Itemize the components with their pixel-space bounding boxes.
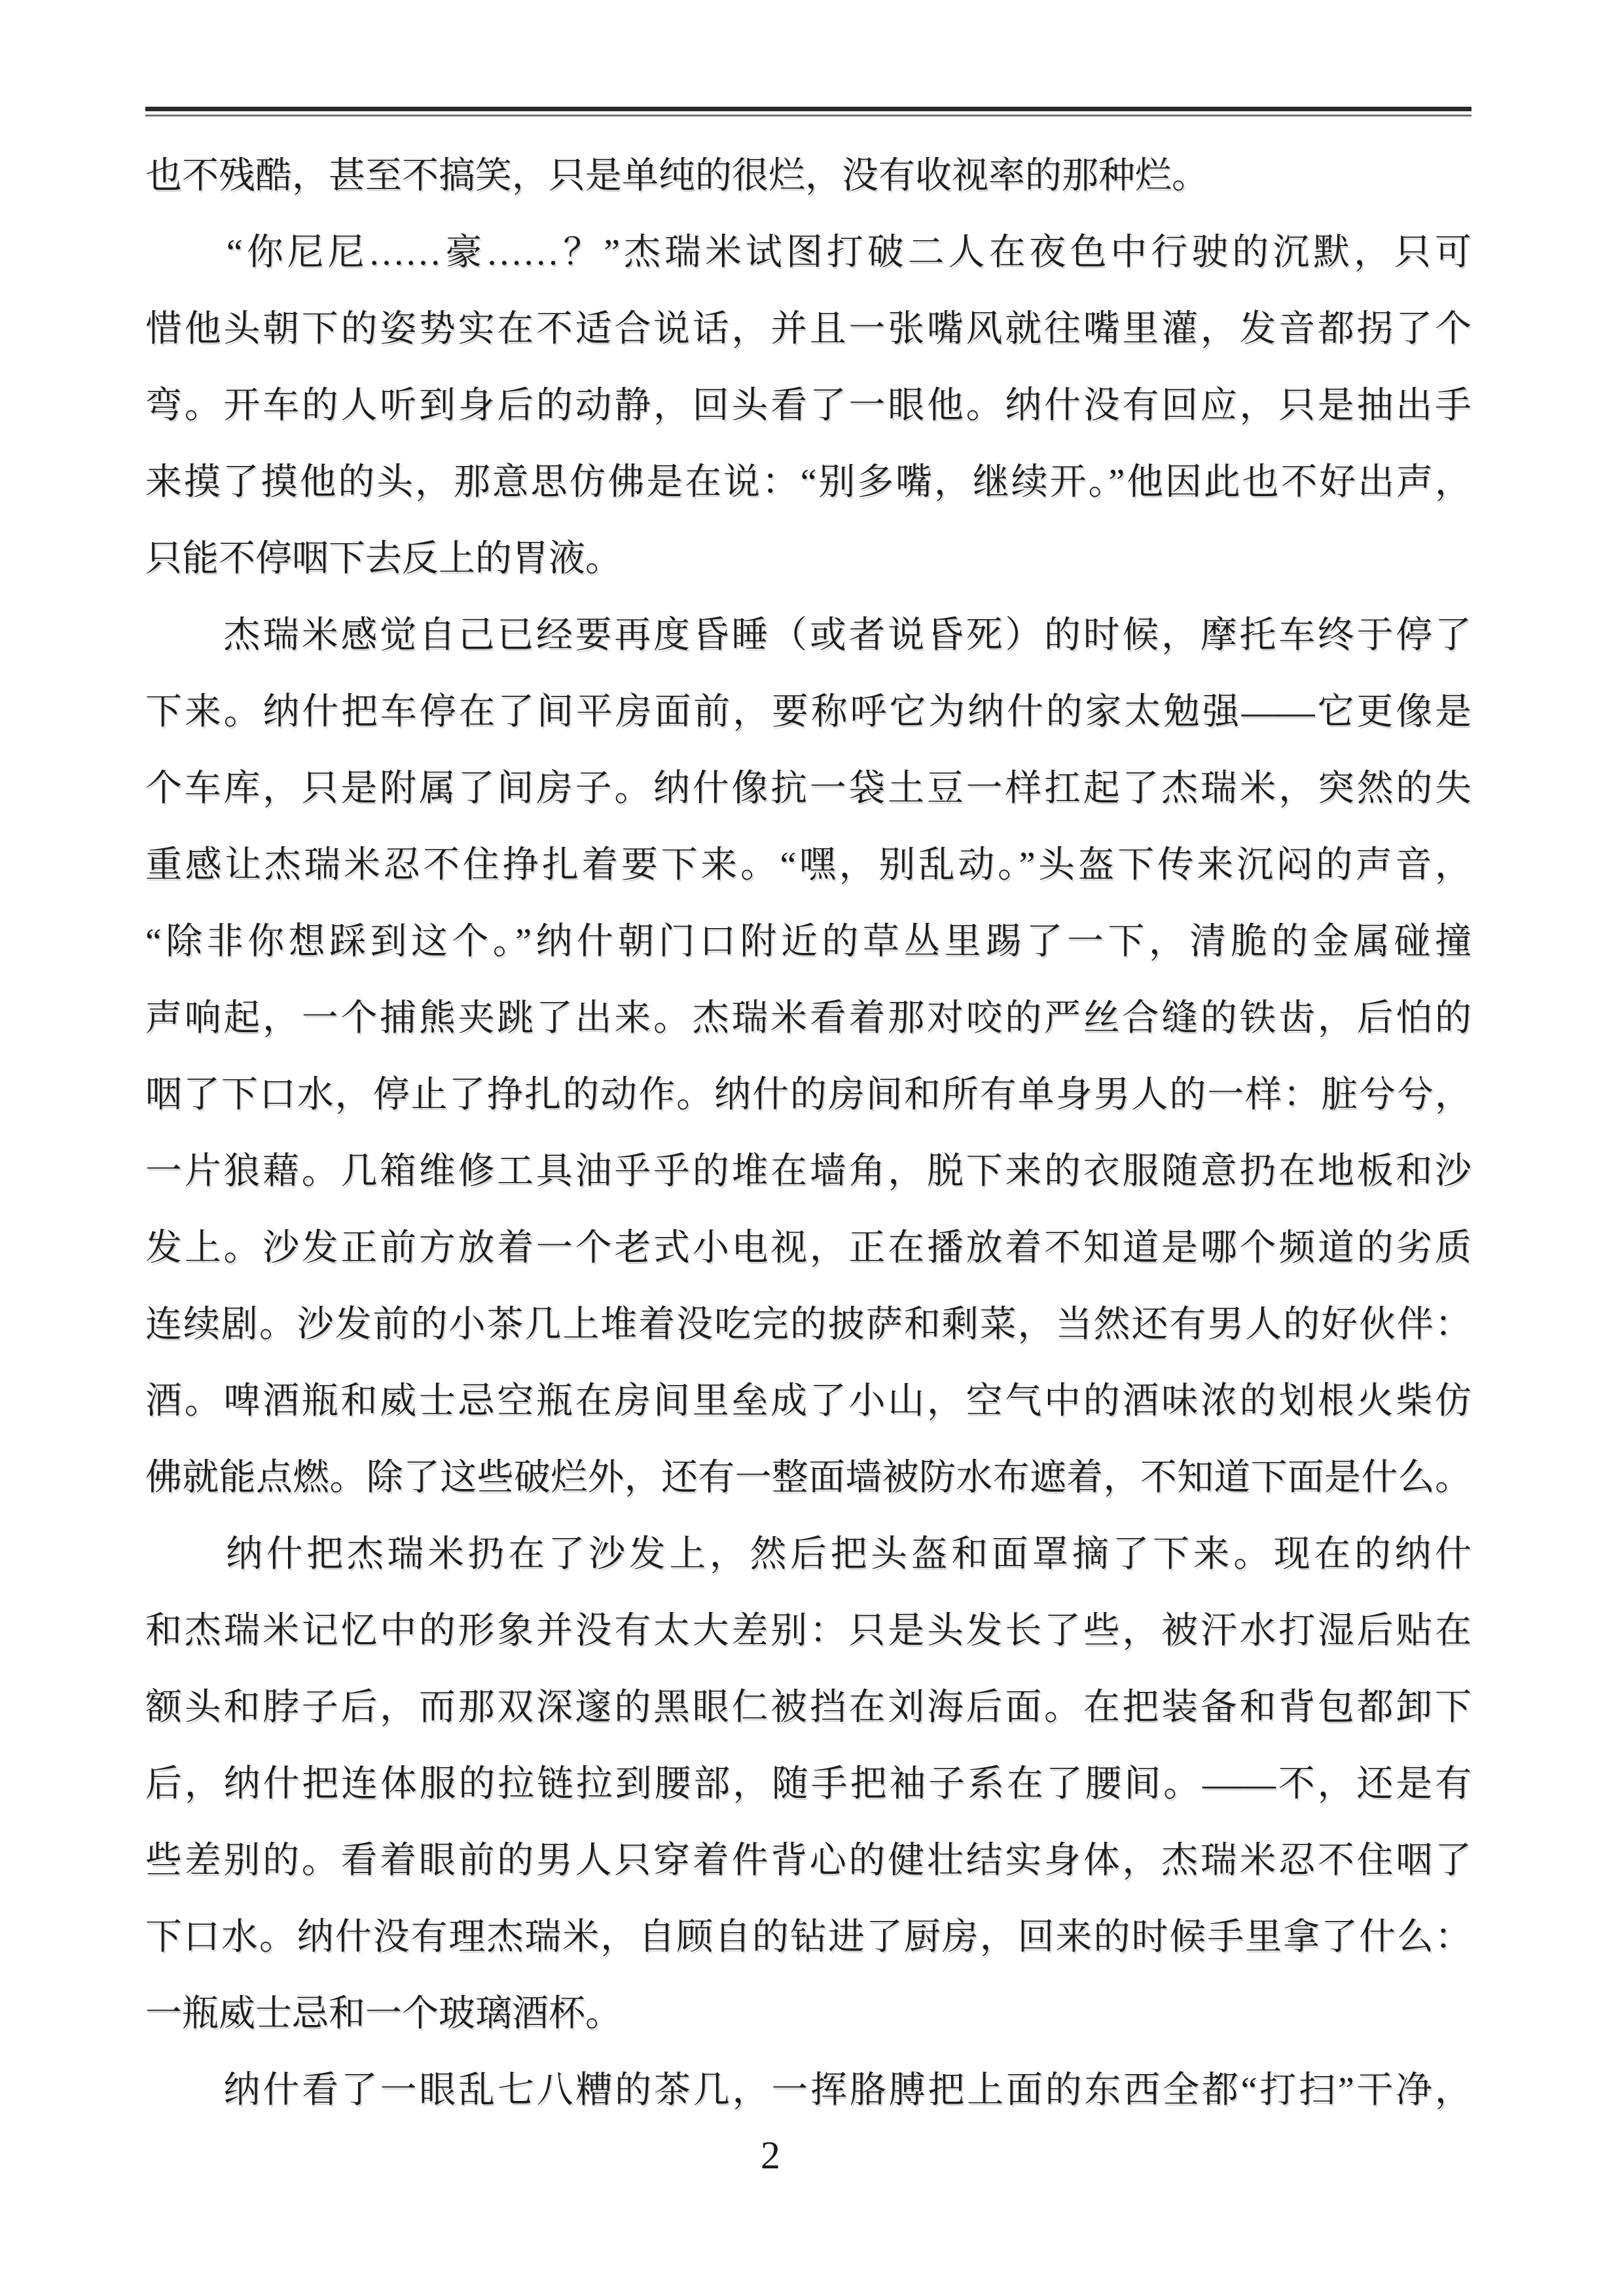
header-rule-thin: [145, 115, 1471, 117]
text-line: 声响起，一个捕熊夹跳了出来。杰瑞米看着那对咬的严丝合缝的铁齿，后怕的: [145, 980, 1471, 1057]
text-line: 个车库，只是附属了间房子。纳什像抗一袋土豆一样扛起了杰瑞米，突然的失: [145, 751, 1471, 827]
text-line: “你尼尼……豪……？”杰瑞米试图打破二人在夜色中行驶的沉默，只可: [145, 215, 1471, 291]
page-number: 2: [145, 2126, 1396, 2185]
text-line: 杰瑞米感觉自己已经要再度昏睡（或者说昏死）的时候，摩托车终于停了: [145, 598, 1471, 674]
text-line: 弯。开车的人听到身后的动静，回头看了一眼他。纳什没有回应，只是抽出手: [145, 368, 1471, 444]
text-line: 下口水。纳什没有理杰瑞米，自顾自的钻进了厨房，回来的时候手里拿了什么：: [145, 1899, 1471, 1976]
text-line: 纳什看了一眼乱七八糟的茶几，一挥胳膊把上面的东西全都“打扫”干净，: [145, 2053, 1471, 2129]
header-rule-thick: [145, 107, 1471, 111]
text-line: 惜他头朝下的姿势实在不适合说话，并且一张嘴风就往嘴里灌，发音都拐了个: [145, 291, 1471, 368]
text-line: 来摸了摸他的头，那意思仿佛是在说：“别多嘴，继续开。”他因此也不好出声，: [145, 444, 1471, 521]
text-line: 一片狼藉。几箱维修工具油乎乎的堆在墙角，脱下来的衣服随意扔在地板和沙: [145, 1134, 1471, 1210]
text-line: 咽了下口水，停止了挣扎的动作。纳什的房间和所有单身男人的一样：脏兮兮，: [145, 1057, 1471, 1134]
text-line: 发上。沙发正前方放着一个老式小电视，正在播放着不知道是哪个频道的劣质: [145, 1210, 1471, 1287]
text-line: 下来。纳什把车停在了间平房面前，要称呼它为纳什的家太勉强——它更像是: [145, 674, 1471, 751]
text-line: 连续剧。沙发前的小茶几上堆着没吃完的披萨和剩菜，当然还有男人的好伙伴：: [145, 1287, 1471, 1363]
text-line: 重感让杰瑞米忍不住挣扎着要下来。“嘿，别乱动。”头盔下传来沉闷的声音，: [145, 827, 1471, 904]
text-line: 额头和脖子后，而那双深邃的黑眼仁被挡在刘海后面。在把装备和背包都卸下: [145, 1670, 1471, 1746]
text-line: “除非你想踩到这个。”纳什朝门口附近的草丛里踢了一下，清脆的金属碰撞: [145, 904, 1471, 980]
text-line: 后，纳什把连体服的拉链拉到腰部，随手把袖子系在了腰间。——不，还是有: [145, 1746, 1471, 1823]
text-line: 一瓶威士忌和一个玻璃酒杯。: [145, 1976, 1471, 2053]
text-block: 也不残酷，甚至不搞笑，只是单纯的很烂，没有收视率的那种烂。 “你尼尼……豪……？…: [145, 138, 1471, 2129]
text-line: 和杰瑞米记忆中的形象并没有太大差别：只是头发长了些，被汗水打湿后贴在: [145, 1593, 1471, 1670]
text-line: 纳什把杰瑞米扔在了沙发上，然后把头盔和面罩摘了下来。现在的纳什: [145, 1516, 1471, 1593]
text-line: 些差别的。看着眼前的男人只穿着件背心的健壮结实身体，杰瑞米忍不住咽了: [145, 1823, 1471, 1899]
text-line: 只能不停咽下去反上的胃液。: [145, 521, 1471, 598]
text-line: 酒。啤酒瓶和威士忌空瓶在房间里垒成了小山，空气中的酒味浓的划根火柴仿: [145, 1363, 1471, 1440]
text-line: 佛就能点燃。除了这些破烂外，还有一整面墙被防水布遮着，不知道下面是什么。: [145, 1440, 1471, 1516]
document-page: 也不残酷，甚至不搞笑，只是单纯的很烂，没有收视率的那种烂。 “你尼尼……豪……？…: [0, 0, 1624, 2296]
text-line: 也不残酷，甚至不搞笑，只是单纯的很烂，没有收视率的那种烂。: [145, 138, 1471, 215]
